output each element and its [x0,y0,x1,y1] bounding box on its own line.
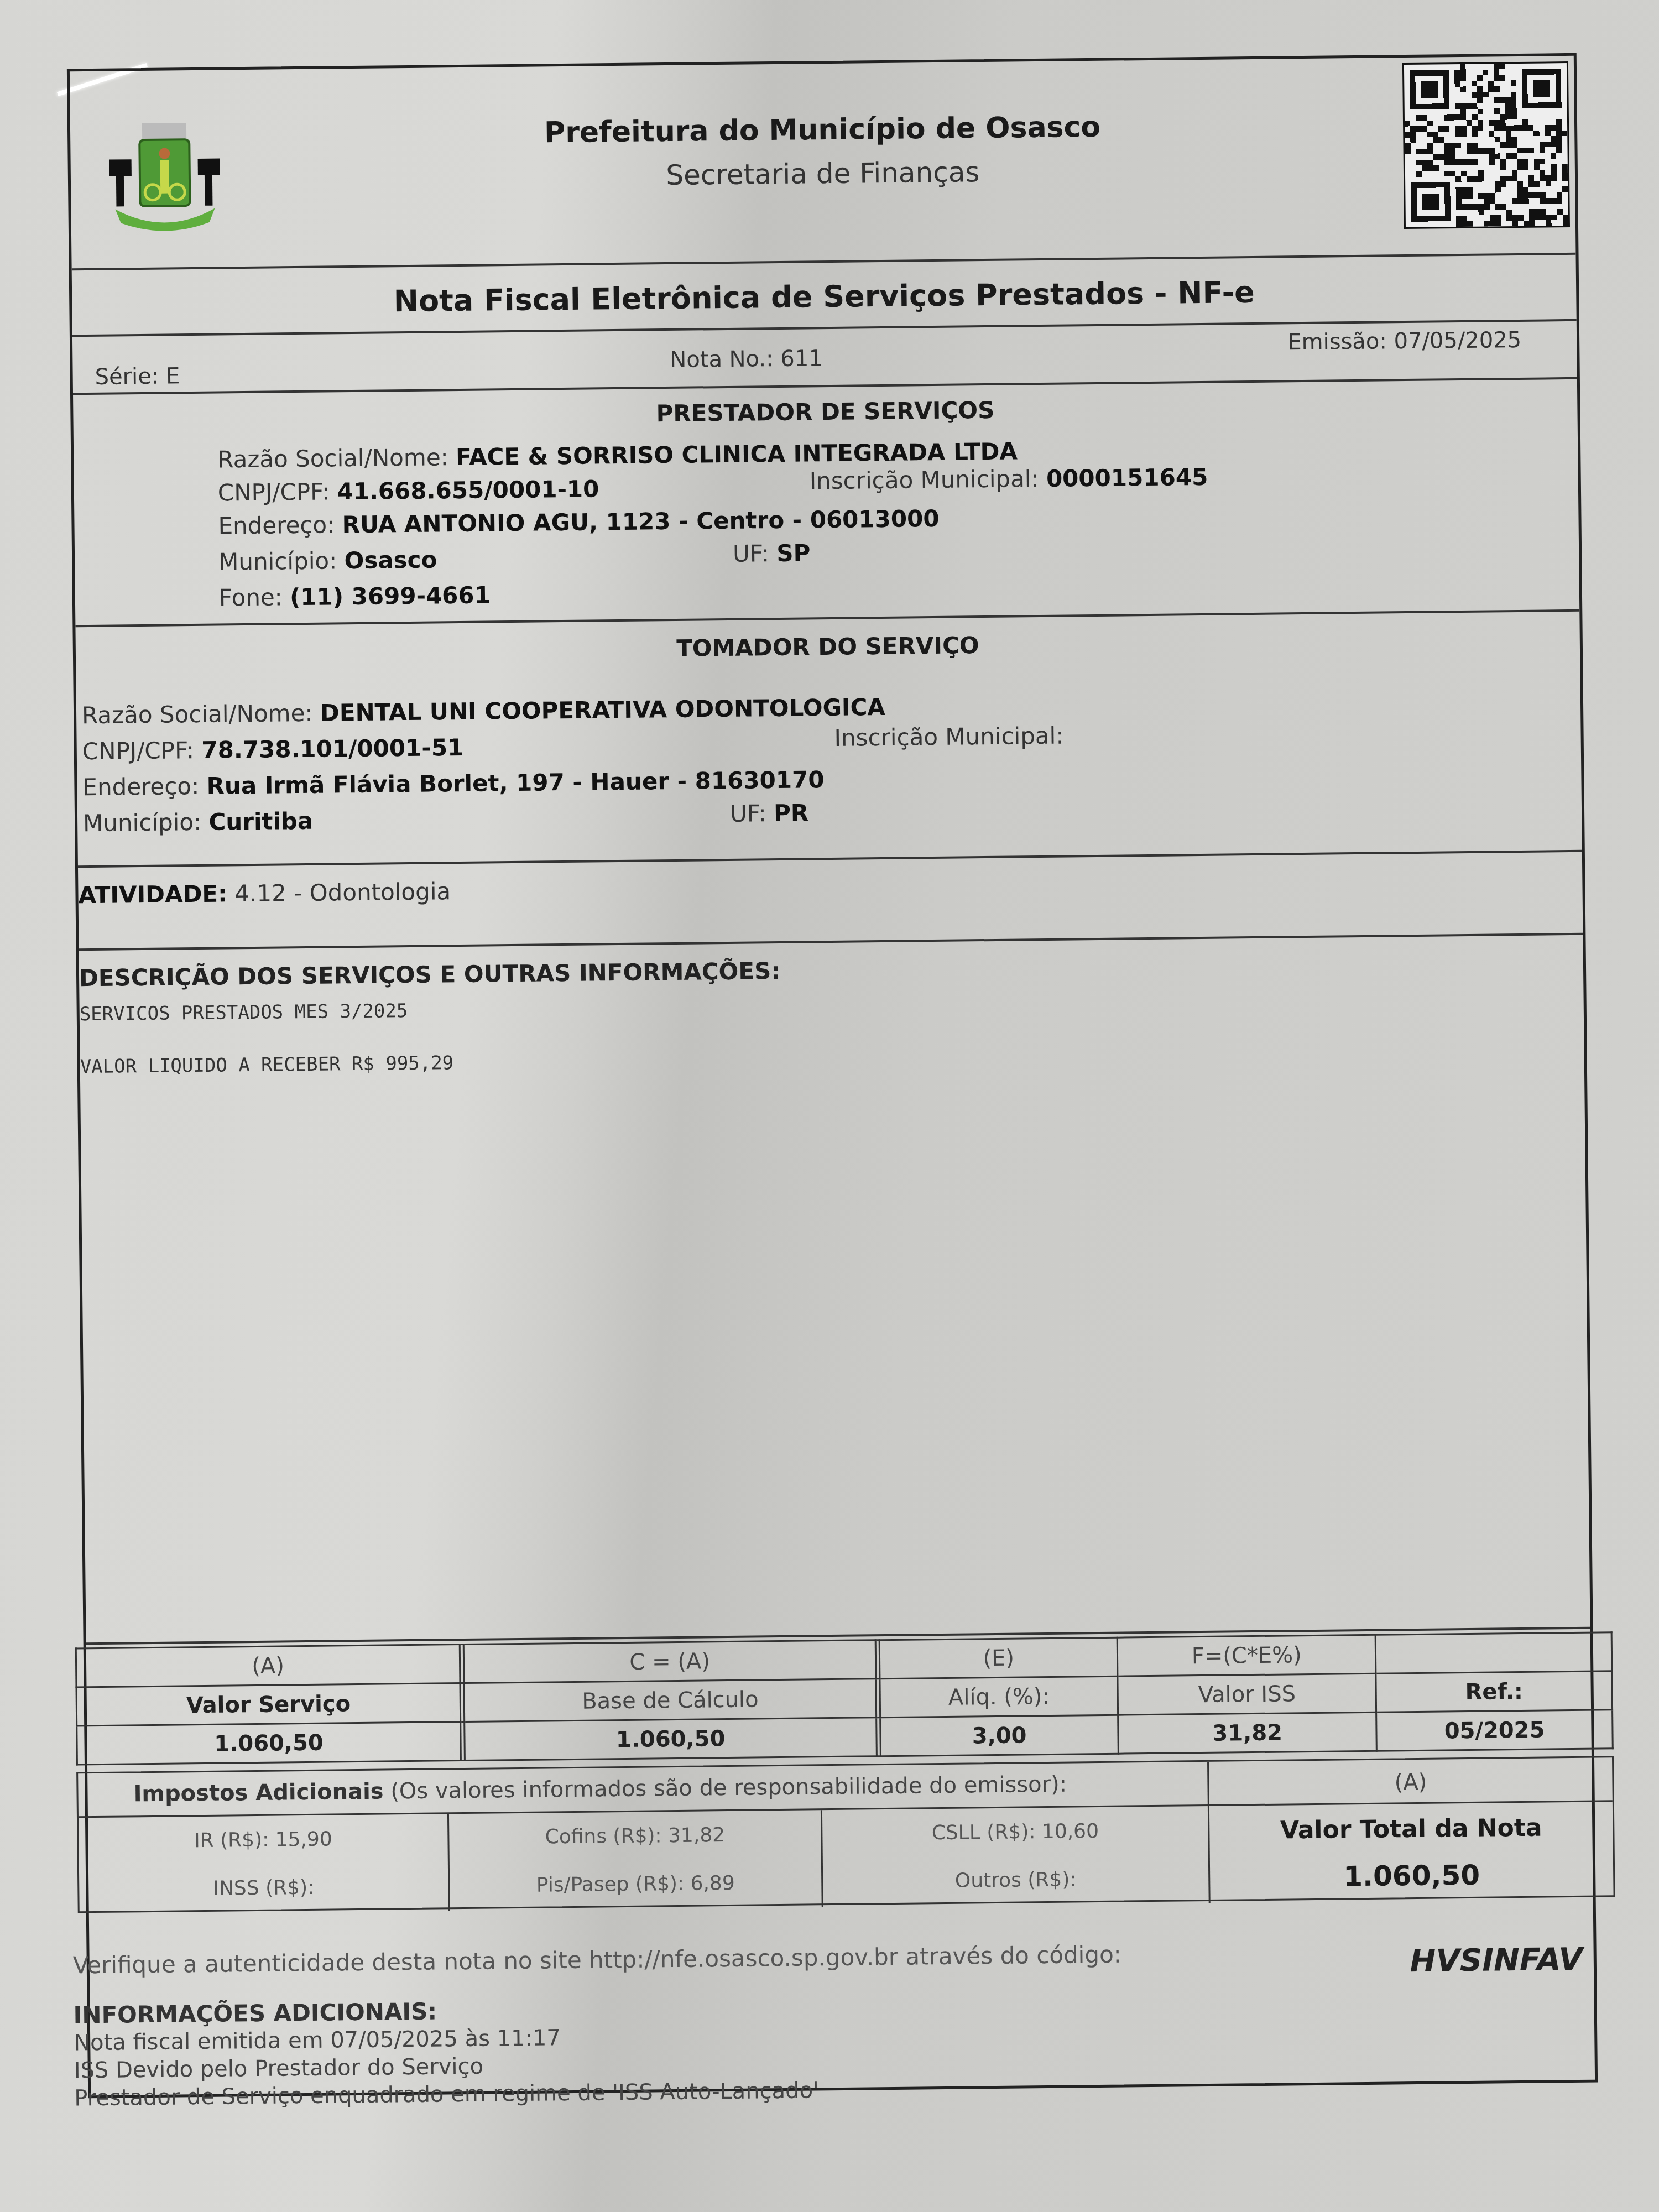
prefeitura-title: Prefeitura do Município de Osasco [70,106,1574,154]
header: Prefeitura do Município de Osasco Secret… [70,56,1576,270]
tomador-razao: Razão Social/Nome: DENTAL UNI COOPERATIV… [82,693,885,729]
nota-number-value: 611 [780,346,823,372]
atividade-section: ATIVIDADE: 4.12 - Odontologia [78,852,1583,951]
label-row-cell: Valor Serviço [76,1683,461,1726]
tomador-inscricao: Inscrição Municipal: [834,722,1063,752]
prestador-endereco: Endereço: RUA ANTONIO AGU, 1123 - Centro… [218,505,940,540]
document-title: Nota Fiscal Eletrônica de Serviços Prest… [72,272,1577,322]
iss-calculation-table: (A)C = (A)(E)F=(C*E%) Valor ServiçoBase … [75,1631,1614,1765]
pis-value: Pis/Pasep (R$): 6,89 [450,1858,822,1910]
prestador-municipio: Município: Osasco [218,546,437,575]
emissao-field: Emissão: 07/05/2025 [1287,327,1521,355]
inss-value: INSS (R$): [79,1862,448,1914]
valor-total-label: Valor Total da Nota [1209,1813,1613,1845]
descricao-title: DESCRIÇÃO DOS SERVIÇOS E OUTRAS INFORMAÇ… [79,957,781,992]
verification-text: Verifique a autenticidade desta nota no … [73,1936,1594,1979]
tomador-municipio: Município: Curitiba [83,807,314,837]
descricao-line-1: SERVICOS PRESTADOS MES 3/2025 [80,1000,408,1025]
prestador-uf: UF: SP [733,539,811,567]
label-row-cell: Alíq. (%): [880,1676,1118,1718]
atividade: ATIVIDADE: 4.12 - Odontologia [78,878,451,909]
prestador-fone: Fone: (11) 3699-4661 [219,581,491,611]
label-row-cell: Valor ISS [1118,1673,1376,1715]
value-row-cell: 1.060,50 [465,1718,877,1761]
serie-field: Série: E [95,363,180,390]
total-formula: (A) [1209,1757,1613,1806]
descricao-section: DESCRIÇÃO DOS SERVIÇOS E OUTRAS INFORMAÇ… [79,935,1590,1645]
prestador-cnpj: CNPJ/CPF: 41.668.655/0001-10 [218,475,599,506]
outros-value: Outros (R$): [823,1854,1209,1906]
qr-code-icon[interactable] [1402,61,1570,229]
tomador-title: TOMADOR DO SERVIÇO [76,625,1580,668]
label-row-cell: Ref.: [1376,1671,1613,1712]
csll-value: CSLL (R$): 10,60 [822,1806,1208,1858]
tomador-cnpj: CNPJ/CPF: 78.738.101/0001-51 [82,734,464,765]
informacoes-adicionais: INFORMAÇÕES ADICIONAIS: Nota fiscal emit… [73,1994,819,2112]
formula-row-cell [1375,1632,1612,1673]
tomador-section: TOMADOR DO SERVIÇO Razão Social/Nome: DE… [75,612,1582,868]
emissao-value: 07/05/2025 [1394,327,1521,354]
secretaria-subtitle: Secretaria de Finanças [71,150,1575,197]
verification-code: HVSINFAV [1410,1942,1583,1979]
prestador-inscricao: Inscrição Municipal: 0000151645 [809,463,1208,495]
cofins-value: Cofins (R$): 31,82 [449,1810,821,1862]
valor-total: Valor Total da Nota 1.060,50 [1209,1802,1614,1903]
serie-value: E [166,363,180,389]
tomador-endereco: Endereço: Rua Irmã Flávia Borlet, 197 - … [82,766,825,801]
valor-total-value: 1.060,50 [1210,1858,1614,1894]
csll-outros-cell: CSLL (R$): 10,60 Outros (R$): [822,1806,1211,1907]
formula-row-cell: F=(C*E%) [1117,1635,1376,1676]
tomador-uf: UF: PR [730,799,809,827]
formula-row-cell: (E) [879,1637,1118,1679]
label-row-cell: Base de Cálculo [464,1679,877,1722]
formula-row-cell: C = (A) [463,1640,876,1683]
descricao-line-2: VALOR LIQUIDO A RECEBER R$ 995,29 [80,1052,454,1078]
prestador-title: PRESTADOR DE SERVIÇOS [73,390,1577,433]
value-row-cell: 05/2025 [1376,1710,1613,1751]
formula-row-cell: (A) [76,1645,460,1687]
impostos-adicionais: Impostos Adicionais (Os valores informad… [76,1756,1615,1913]
ir-inss-cell: IR (R$): 15,90 INSS (R$): [79,1814,450,1914]
prestador-section: PRESTADOR DE SERVIÇOS Razão Social/Nome:… [73,379,1579,627]
value-row-cell: 3,00 [880,1715,1119,1756]
nota-number-field: Nota No.: 611 [670,346,823,373]
cofins-pis-cell: Cofins (R$): 31,82 Pis/Pasep (R$): 6,89 [449,1810,823,1911]
value-row-cell: 1.060,50 [77,1722,461,1765]
ir-value: IR (R$): 15,90 [79,1814,448,1866]
value-row-cell: 31,82 [1118,1712,1377,1754]
nfe-document: Prefeitura do Município de Osasco Secret… [67,53,1598,2098]
